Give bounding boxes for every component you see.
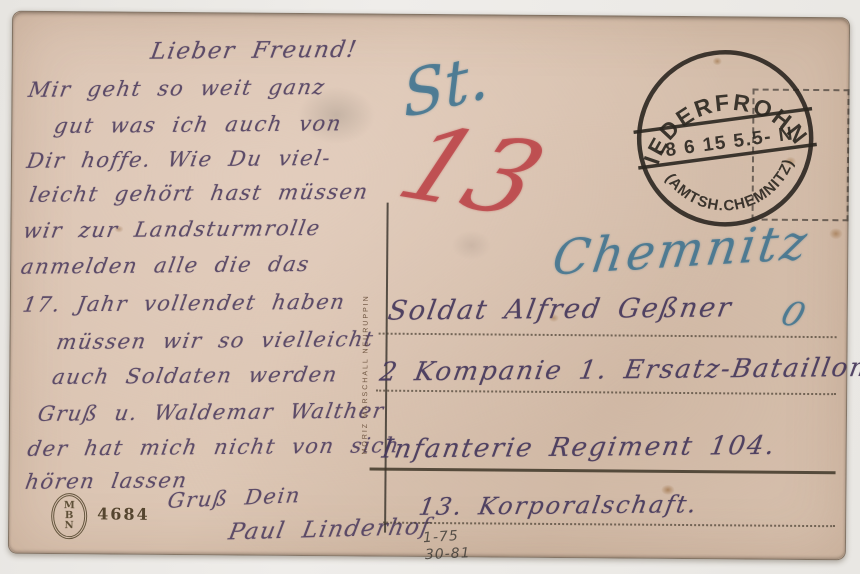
stain-spot xyxy=(829,228,842,239)
message-line: wir zur Landsturmrolle xyxy=(22,216,323,243)
message-line: müssen wir so vielleicht xyxy=(55,327,376,354)
scanner-background: Lieber Freund! Mir geht so weit ganz gut… xyxy=(0,0,860,574)
publisher-logo-monogram: M B N xyxy=(51,493,87,539)
postmark-stamp: NIEDERFROHNA -8 6 15 5.5- N (AMTSH.CHEMN… xyxy=(632,46,817,231)
address-underline-solid xyxy=(370,468,836,475)
address-line-regiment: Infanterie Regiment 104. xyxy=(380,431,779,465)
message-line: leicht gehört hast müssen xyxy=(28,180,371,207)
message-line: 17. Jahr vollendet haben xyxy=(21,290,348,317)
address-line-recipient: Soldat Alfred Geßner xyxy=(386,292,735,326)
message-closing: Gruß Dein xyxy=(166,483,302,513)
address-ruled-line xyxy=(376,390,836,396)
message-line: auch Soldaten werden xyxy=(50,362,339,389)
card-number: 4684 xyxy=(97,504,150,523)
message-line: Gruß u. Waldemar Walther xyxy=(36,399,386,426)
address-line-korporalschaft: 13. Korporalschaft. xyxy=(417,490,700,521)
pencil-note: 30-81 xyxy=(425,545,471,563)
message-line: Dir hoffe. Wie Du viel- xyxy=(25,146,333,173)
message-line: hören lassen xyxy=(24,468,190,494)
blue-zero-mark: 0 xyxy=(776,294,810,336)
message-line: gut was ich auch von xyxy=(52,111,344,138)
address-line-company: 2 Kompanie 1. Ersatz-Bataillon. xyxy=(377,353,860,388)
message-line: anmelden alle die das xyxy=(19,252,312,279)
pencil-note: 1-75 xyxy=(423,528,460,546)
logo-letter: N xyxy=(64,521,73,531)
address-ruled-line xyxy=(383,522,835,528)
message-line: der hat mich nicht von sich xyxy=(26,433,402,461)
message-salutation: Lieber Freund! xyxy=(149,37,360,65)
address-ruled-line xyxy=(379,333,837,339)
postcard-back: Lieber Freund! Mir geht so weit ganz gut… xyxy=(8,11,850,561)
message-line: Mir geht so weit ganz xyxy=(27,75,328,102)
message-signature: Paul Linderhof xyxy=(226,514,433,545)
